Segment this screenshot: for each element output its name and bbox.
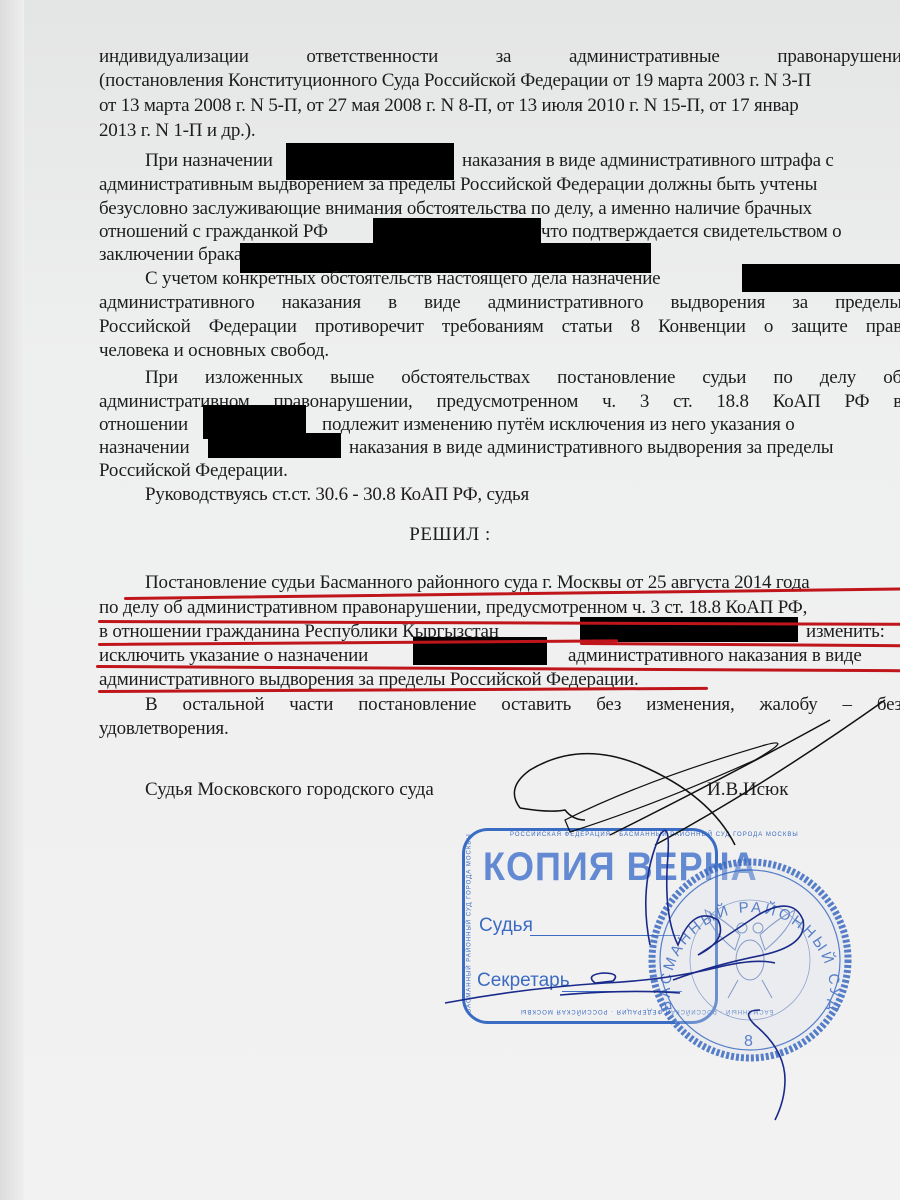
- svg-text:БАСМАННЫЙ РАЙОННЫЙ СУД Г. МОСК: БАСМАННЫЙ РАЙОННЫЙ СУД Г. МОСКВЫ: [0, 0, 843, 1015]
- round-seal: БАСМАННЫЙ РАЙОННЫЙ СУД Г. МОСКВЫ 8: [0, 0, 848, 1058]
- seal-and-signatures: БАСМАННЫЙ РАЙОННЫЙ СУД Г. МОСКВЫ 8: [0, 0, 900, 1200]
- judge-signature: [514, 700, 885, 845]
- seal-number: 8: [744, 1033, 753, 1050]
- seal-text: БАСМАННЫЙ РАЙОННЫЙ СУД Г. МОСКВЫ: [0, 0, 843, 1015]
- document-page: индивидуализации ответственности за адми…: [0, 0, 900, 1200]
